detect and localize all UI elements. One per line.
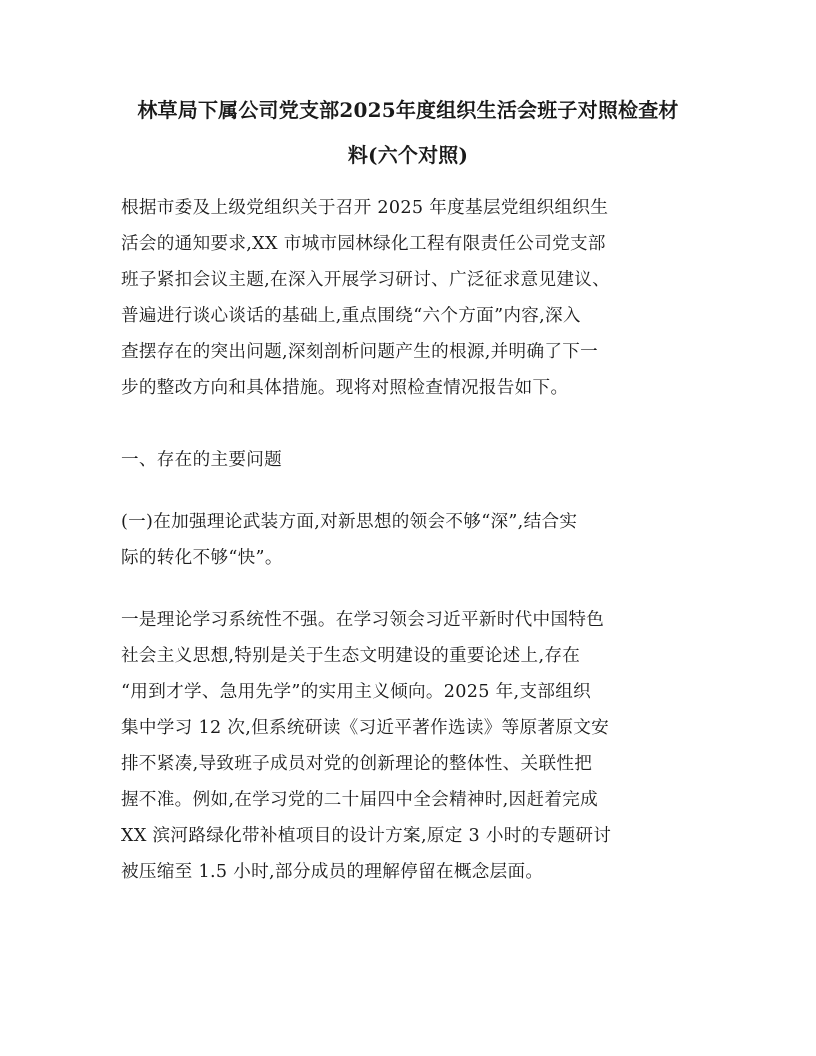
- intro-line-3: 班子紧扣会议主题,在深入开展学习研讨、广泛征求意见建议、: [121, 262, 610, 298]
- title-line-2: 料(六个对照): [100, 133, 716, 178]
- intro-line-4: 普遍进行谈心谈话的基础上,重点围绕“六个方面”内容,深入: [121, 298, 581, 334]
- document-page: 林草局下属公司党支部2025年度组织生活会班子对照检查材 料(六个对照) 根据市…: [0, 0, 816, 1056]
- section-heading: 一、存在的主要问题: [121, 442, 282, 478]
- point-line-8: 被压缩至 1.5 小时,部分成员的理解停留在概念层面。: [121, 854, 543, 890]
- intro-line-1: 根据市委及上级党组织关于召开 2025 年度基层党组织组织生: [121, 190, 608, 226]
- intro-line-2: 活会的通知要求,XX 市城市园林绿化工程有限责任公司党支部: [121, 226, 606, 262]
- point-line-4: 集中学习 12 次,但系统研读《习近平著作选读》等原著原文安: [121, 710, 609, 746]
- subsection-line-2: 际的转化不够“快”。: [121, 540, 283, 576]
- point-line-7: XX 滨河路绿化带补植项目的设计方案,原定 3 小时的专题研讨: [121, 818, 611, 854]
- point-line-2: 社会主义思想,特别是关于生态文明建设的重要论述上,存在: [121, 638, 580, 674]
- point-line-5: 排不紧凑,导致班子成员对党的创新理论的整体性、关联性把: [121, 746, 592, 782]
- title-line-1: 林草局下属公司党支部2025年度组织生活会班子对照检查材: [100, 88, 716, 133]
- intro-line-5: 查摆存在的突出问题,深刻剖析问题产生的根源,并明确了下一: [121, 334, 598, 370]
- subsection-line-1: (一)在加强理论武装方面,对新思想的领会不够“深”,结合实: [121, 504, 577, 540]
- point-line-3: “用到才学、急用先学”的实用主义倾向。2025 年,支部组织: [121, 674, 591, 710]
- intro-line-6: 步的整改方向和具体措施。现将对照检查情况报告如下。: [121, 370, 568, 406]
- point-line-6: 握不准。例如,在学习党的二十届四中全会精神时,因赶着完成: [121, 782, 598, 818]
- document-title: 林草局下属公司党支部2025年度组织生活会班子对照检查材 料(六个对照): [100, 88, 716, 178]
- point-line-1: 一是理论学习系统性不强。在学习领会习近平新时代中国特色: [121, 602, 604, 638]
